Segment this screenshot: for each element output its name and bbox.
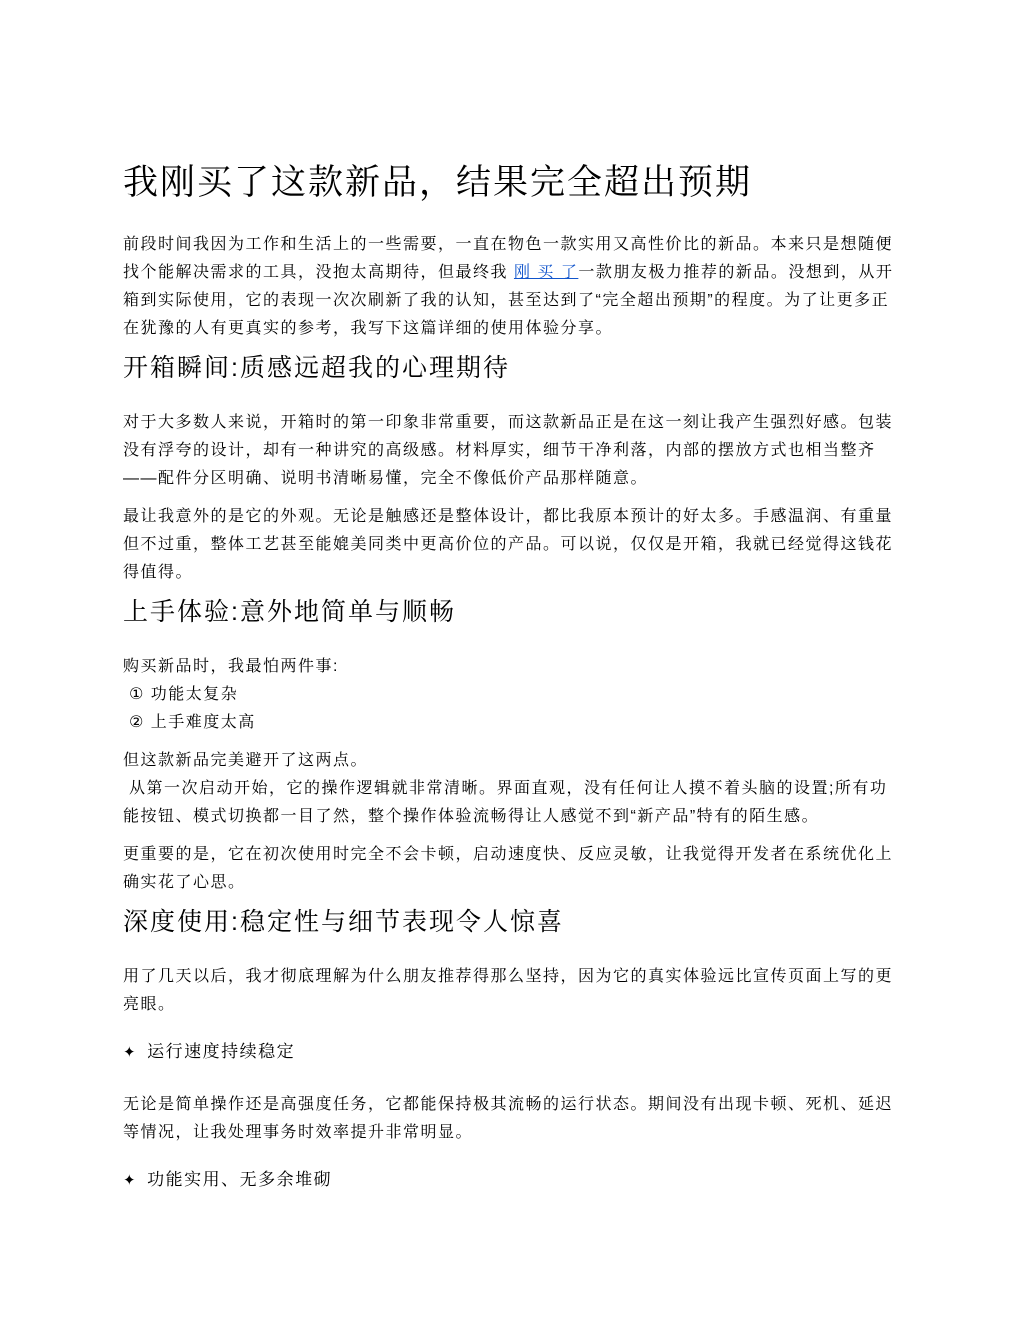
subsection-heading-practical-label: 功能实用、无多余堆砌	[147, 1170, 332, 1189]
document-page: 我刚买了这款新品，结果完全超出预期 前段时间我因为工作和生活上的一些需要，一直在…	[0, 0, 1024, 1325]
fear-list-lead: 购买新品时，我最怕两件事:	[123, 658, 339, 675]
fear-list-item-1: ① 功能太复杂	[123, 686, 238, 703]
document-title: 我刚买了这款新品，结果完全超出预期	[123, 163, 901, 203]
hands-on-line-1: 但这款新品完美避开了这两点。	[123, 752, 368, 769]
unboxing-paragraph-1: 对于大多数人来说，开箱时的第一印象非常重要，而这款新品正是在这一刻让我产生强烈好…	[123, 409, 901, 493]
speed-paragraph: 无论是简单操作还是高强度任务，它都能保持极其流畅的运行状态。期间没有出现卡顿、死…	[123, 1091, 901, 1147]
subsection-heading-speed-label: 运行速度持续稳定	[147, 1042, 295, 1061]
intro-paragraph: 前段时间我因为工作和生活上的一些需要，一直在物色一款实用又高性价比的新品。本来只…	[123, 231, 901, 343]
subsection-heading-speed: ✦运行速度持续稳定	[123, 1040, 901, 1065]
hands-on-paragraph-1: 但这款新品完美避开了这两点。 从第一次启动开始，它的操作逻辑就非常清晰。界面直观…	[123, 747, 901, 831]
fear-list: 购买新品时，我最怕两件事: ① 功能太复杂 ② 上手难度太高	[123, 653, 901, 737]
hands-on-paragraph-2: 更重要的是，它在初次使用时完全不会卡顿，启动速度快、反应灵敏，让我觉得开发者在系…	[123, 841, 901, 897]
subsection-heading-practical: ✦功能实用、无多余堆砌	[123, 1168, 901, 1193]
section-heading-hands-on: 上手体验:意外地简单与顺畅	[123, 597, 901, 627]
fear-list-item-2: ② 上手难度太高	[123, 714, 256, 731]
unboxing-paragraph-2: 最让我意外的是它的外观。无论是触感还是整体设计，都比我原本预计的好太多。手感温润…	[123, 503, 901, 587]
section-heading-unboxing: 开箱瞬间:质感远超我的心理期待	[123, 353, 901, 383]
hands-on-line-2: 从第一次启动开始，它的操作逻辑就非常清晰。界面直观，没有任何让人摸不着头脑的设置…	[123, 780, 887, 825]
diamond-bullet-icon: ✦	[123, 1169, 137, 1193]
product-link[interactable]: 刚 买 了	[514, 264, 578, 281]
deep-use-paragraph: 用了几天以后，我才彻底理解为什么朋友推荐得那么坚持，因为它的真实体验远比宣传页面…	[123, 963, 901, 1019]
diamond-bullet-icon: ✦	[123, 1041, 137, 1065]
section-heading-deep-use: 深度使用:稳定性与细节表现令人惊喜	[123, 907, 901, 937]
